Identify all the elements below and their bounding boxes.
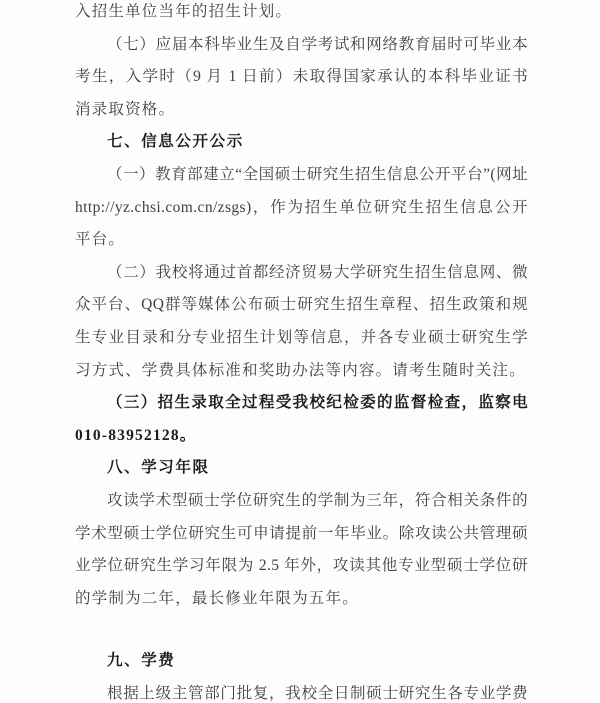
- text-line: （二）我校将通过首都经济贸易大学研究生招生信息网、微信公: [75, 257, 528, 290]
- text-line: 考生，入学时（9 月 1 日前）未取得国家承认的本科毕业证书者，取: [75, 61, 528, 94]
- section-heading: 七、信息公开公示: [75, 126, 528, 159]
- text-line: 众平台、QQ群等媒体公布硕士研究生招生章程、招生政策和规定、招: [75, 289, 528, 322]
- section-heading: 九、学费: [75, 645, 528, 678]
- text-line: （七）应届本科毕业生及自学考试和网络教育届时可毕业本科生: [75, 29, 528, 62]
- text-line: 入招生单位当年的招生计划。: [75, 0, 528, 29]
- document-page: 入招生单位当年的招生计划。（七）应届本科毕业生及自学考试和网络教育届时可毕业本科…: [0, 0, 600, 703]
- document-body: 入招生单位当年的招生计划。（七）应届本科毕业生及自学考试和网络教育届时可毕业本科…: [75, 0, 528, 703]
- text-line: 010-83952128。: [75, 420, 528, 453]
- text-line: （一）教育部建立“全国硕士研究生招生信息公开平台”(网址: [75, 159, 528, 192]
- text-line: （三）招生录取全过程受我校纪检委的监督检查，监察电话：: [75, 387, 528, 420]
- text-line: 业学位研究生学习年限为 2.5 年外，攻读其他专业型硕士学位研究生: [75, 550, 528, 583]
- text-line: 消录取资格。: [75, 94, 528, 127]
- text-line: 习方式、学费具体标准和奖助办法等内容。请考生随时关注。: [75, 355, 528, 388]
- text-line: 攻读学术型硕士学位研究生的学制为三年，符合相关条件的优秀: [75, 485, 528, 518]
- paragraph-spacer: [75, 615, 528, 645]
- text-line: 的学制为二年，最长修业年限为五年。: [75, 583, 528, 616]
- text-line: 根据上级主管部门批复，我校全日制硕士研究生各专业学费标准: [75, 678, 528, 703]
- text-line: 学术型硕士学位研究生可申请提前一年毕业。除攻读公共管理硕士专: [75, 518, 528, 551]
- text-line: 平台。: [75, 224, 528, 257]
- section-heading: 八、学习年限: [75, 452, 528, 485]
- text-line: http://yz.chsi.com.cn/zsgs)，作为招生单位研究生招生信…: [75, 192, 528, 225]
- text-line: 生专业目录和分专业招生计划等信息，并各专业硕士研究生学制、学: [75, 322, 528, 355]
